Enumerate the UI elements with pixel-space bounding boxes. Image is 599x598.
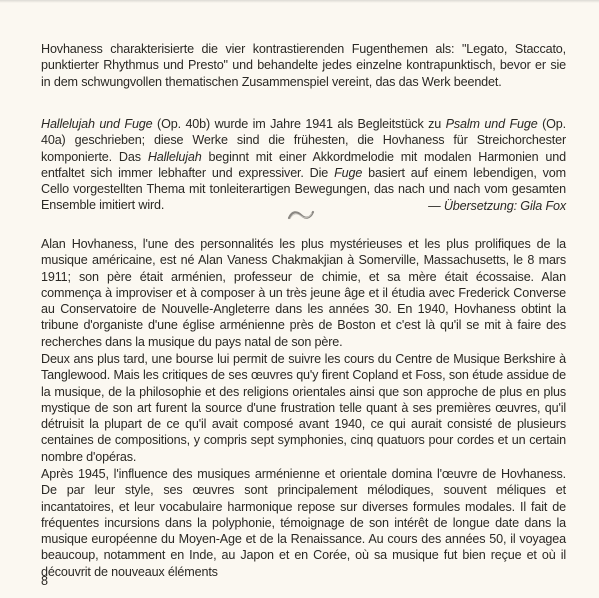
work-title-hallelujah: Hallelujah bbox=[148, 150, 202, 164]
french-paragraph-tanglewood: Deux ans plus tard, une bourse lui permi… bbox=[41, 351, 566, 465]
french-paragraph-after-1945: Après 1945, l'influence des musiques arm… bbox=[41, 466, 566, 580]
german-paragraph-fugue-themes: Hovhaness charakterisierte die vier kont… bbox=[41, 41, 566, 90]
french-paragraph-biography: Alan Hovhaness, l'une des personnalités … bbox=[41, 236, 566, 350]
page-number: 8 bbox=[41, 574, 48, 588]
swash-ornament-icon bbox=[286, 208, 316, 222]
page-top-edge bbox=[0, 0, 599, 3]
work-title-psalm-und-fuge: Psalm und Fuge bbox=[446, 117, 538, 131]
work-title-hallelujah-und-fuge: Hallelujah und Fuge bbox=[41, 117, 153, 131]
work-title-fuge: Fuge bbox=[334, 166, 362, 180]
translation-credit: — Übersetzung: Gila Fox bbox=[428, 198, 566, 214]
